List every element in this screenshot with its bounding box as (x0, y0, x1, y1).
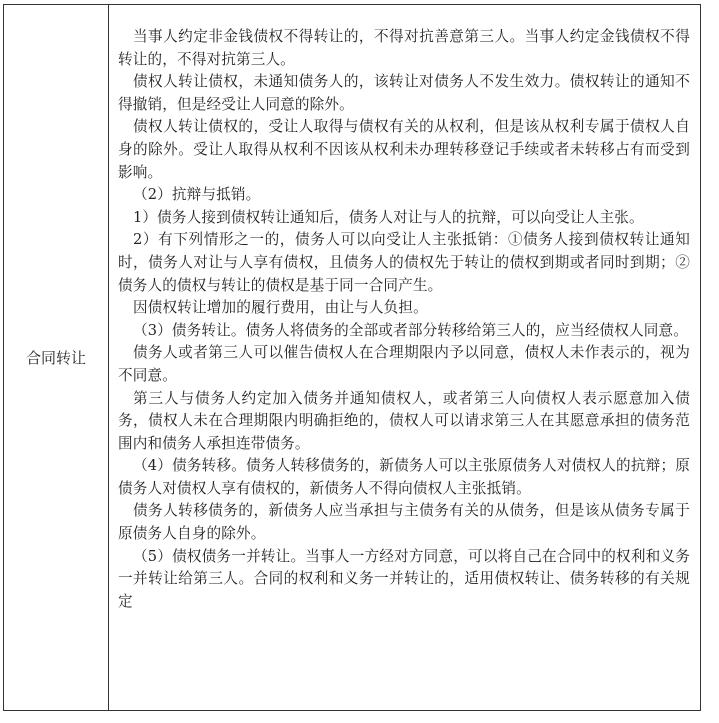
paragraph-defense: 1）债务人接到债权转让通知后，债务人对让与人的抗辩，可以向受让人主张。 (118, 207, 690, 230)
paragraph-accessory-debts: 债务人转移债务的，新债务人应当承担与主债务有关的从债务，但是该从债务专属于原债务… (118, 500, 690, 545)
row-label-cell: 合同转让 (4, 5, 109, 710)
heading-debt-transfer: （3）债务转让。债务人将债务的全部或者部分转移给第三人的，应当经债权人同意。 (118, 320, 690, 343)
paragraph-joinder: 第三人与债务人约定加入债务并通知债权人，或者第三人向债权人表示愿意加入债务，债权… (118, 388, 690, 456)
paragraph-non-assignment: 当事人约定非金钱债权不得转让的，不得对抗善意第三人。当事人约定金钱债权不得转让的… (118, 26, 690, 71)
heading-defense-setoff: （2）抗辩与抵销。 (118, 184, 690, 207)
heading-combined-transfer: （5）债权债务一并转让。当事人一方经对方同意，可以将自己在合同中的权利和义务一并… (118, 546, 690, 614)
paragraph-consent-notice: 债务人或者第三人可以催告债权人在合理期限内予以同意，债权人未作表示的，视为不同意… (118, 342, 690, 387)
paragraph-setoff: 2）有下列情形之一的，债务人可以向受让人主张抵销：①债务人接到债权转让通知时，债… (118, 229, 690, 297)
content-cell: 当事人约定非金钱债权不得转让的，不得对抗善意第三人。当事人约定金钱债权不得转让的… (109, 5, 700, 710)
contract-transfer-table: 合同转让 当事人约定非金钱债权不得转让的，不得对抗善意第三人。当事人约定金钱债权… (3, 4, 701, 711)
heading-debt-assumption: （4）债务转移。债务人转移债务的，新债务人可以主张原债务人对债权人的抗辩；原债务… (118, 455, 690, 500)
paragraph-accessory-rights: 债权人转让债权的，受让人取得与债权有关的从权利，但是该从权利专属于债权人自身的除… (118, 116, 690, 184)
paragraph-notice: 债权人转让债权，未通知债务人的，该转让对债务人不发生效力。债权转让的通知不得撤销… (118, 71, 690, 116)
row-label: 合同转让 (26, 347, 86, 368)
paragraph-costs: 因债权转让增加的履行费用，由让与人负担。 (118, 297, 690, 320)
